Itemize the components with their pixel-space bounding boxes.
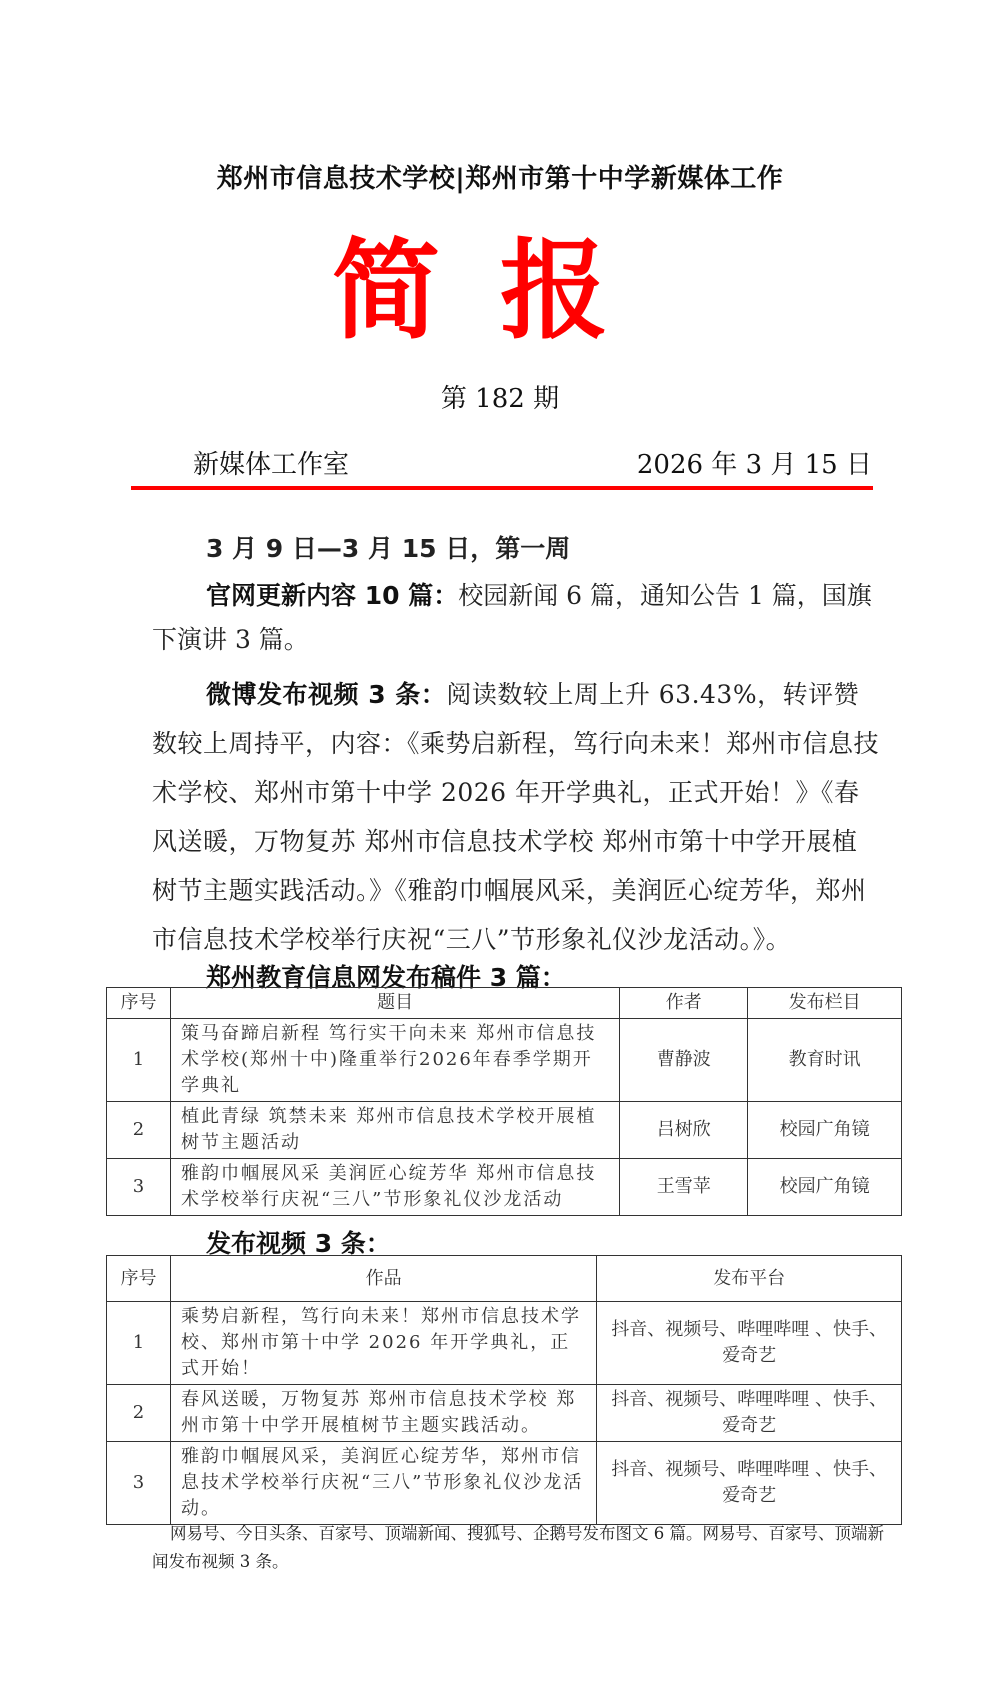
- platform-summary-note: 网易号、今日头条、百家号、顶端新闻、搜狐号、企鹅号发布图文 6 篇。网易号、百家…: [152, 1520, 892, 1576]
- video-work: 春风送暖，万物复苏 郑州市信息技术学校 郑州市第十中学开展植树节主题实践活动。: [170, 1385, 596, 1442]
- table-row: 3 雅韵巾帼展风采 美润匠心绽芳华 郑州市信息技术学校举行庆祝“三八”节形象礼仪…: [107, 1159, 902, 1216]
- row-number: 1: [107, 1019, 171, 1102]
- column-header: 作品: [170, 1256, 596, 1302]
- row-number: 3: [107, 1442, 171, 1525]
- row-number: 1: [107, 1302, 171, 1385]
- table-row: 1 策马奋蹄启新程 笃行实干向未来 郑州市信息技术学校(郑州十中)隆重举行202…: [107, 1019, 902, 1102]
- video-work: 乘势启新程，笃行向未来！郑州市信息技术学校、郑州市第十中学 2026 年开学典礼…: [170, 1302, 596, 1385]
- weibo-paragraph: 微博发布视频 3 条：阅读数较上周上升 63.43%，转评赞数较上周持平，内容：…: [152, 670, 880, 964]
- table-header-row: 序号 作品 发布平台: [107, 1256, 902, 1302]
- column-header: 发布平台: [597, 1256, 902, 1302]
- column-header: 序号: [107, 1256, 171, 1302]
- table-header-row: 序号 题目 作者 发布栏目: [107, 988, 902, 1019]
- table-row: 1 乘势启新程，笃行向未来！郑州市信息技术学校、郑州市第十中学 2026 年开学…: [107, 1302, 902, 1385]
- video-platforms: 抖音、视频号、哔哩哔哩 、快手、爱奇艺: [597, 1442, 902, 1525]
- row-number: 3: [107, 1159, 171, 1216]
- table-row: 2 春风送暖，万物复苏 郑州市信息技术学校 郑州市第十中学开展植树节主题实践活动…: [107, 1385, 902, 1442]
- website-update-paragraph: 官网更新内容 10 篇：校园新闻 6 篇，通知公告 1 篇，国旗下演讲 3 篇。: [152, 574, 880, 662]
- document-title: 简报: [0, 232, 1000, 352]
- website-update-lead: 官网更新内容 10 篇：: [206, 581, 458, 610]
- video-table: 序号 作品 发布平台 1 乘势启新程，笃行向未来！郑州市信息技术学校、郑州市第十…: [106, 1255, 902, 1525]
- week-range: 3 月 9 日—3 月 15 日，第一周: [152, 527, 880, 571]
- table-row: 3 雅韵巾帼展风采，美润匠心绽芳华，郑州市信息技术学校举行庆祝“三八”节形象礼仪…: [107, 1442, 902, 1525]
- table-row: 2 植此青绿 筑禁未来 郑州市信息技术学校开展植树节主题活动 吕树欣 校园广角镜: [107, 1102, 902, 1159]
- video-platforms: 抖音、视频号、哔哩哔哩 、快手、爱奇艺: [597, 1385, 902, 1442]
- weibo-lead: 微博发布视频 3 条：: [206, 680, 446, 709]
- organization-title: 郑州市信息技术学校|郑州市第十中学新媒体工作: [0, 158, 1000, 195]
- row-number: 2: [107, 1385, 171, 1442]
- video-platforms: 抖音、视频号、哔哩哔哩 、快手、爱奇艺: [597, 1302, 902, 1385]
- issue-number: 第 182 期: [0, 378, 1000, 415]
- header-divider: [131, 486, 873, 490]
- edu-net-table: 序号 题目 作者 发布栏目 1 策马奋蹄启新程 笃行实干向未来 郑州市信息技术学…: [106, 987, 902, 1216]
- column-header: 题目: [170, 988, 619, 1019]
- office-name: 新媒体工作室: [193, 444, 349, 481]
- publish-column: 校园广角镜: [748, 1102, 902, 1159]
- article-title: 策马奋蹄启新程 笃行实干向未来 郑州市信息技术学校(郑州十中)隆重举行2026年…: [170, 1019, 619, 1102]
- article-title: 雅韵巾帼展风采 美润匠心绽芳华 郑州市信息技术学校举行庆祝“三八”节形象礼仪沙龙…: [170, 1159, 619, 1216]
- row-number: 2: [107, 1102, 171, 1159]
- column-header: 作者: [620, 988, 748, 1019]
- column-header: 发布栏目: [748, 988, 902, 1019]
- article-author: 吕树欣: [620, 1102, 748, 1159]
- weibo-text: 阅读数较上周上升 63.43%，转评赞数较上周持平，内容：《乘势启新程，笃行向未…: [152, 680, 879, 954]
- publish-column: 校园广角镜: [748, 1159, 902, 1216]
- article-author: 王雪苹: [620, 1159, 748, 1216]
- article-author: 曹静波: [620, 1019, 748, 1102]
- article-title: 植此青绿 筑禁未来 郑州市信息技术学校开展植树节主题活动: [170, 1102, 619, 1159]
- publish-column: 教育时讯: [748, 1019, 902, 1102]
- video-work: 雅韵巾帼展风采，美润匠心绽芳华，郑州市信息技术学校举行庆祝“三八”节形象礼仪沙龙…: [170, 1442, 596, 1525]
- publish-date: 2026 年 3 月 15 日: [637, 444, 872, 481]
- column-header: 序号: [107, 988, 171, 1019]
